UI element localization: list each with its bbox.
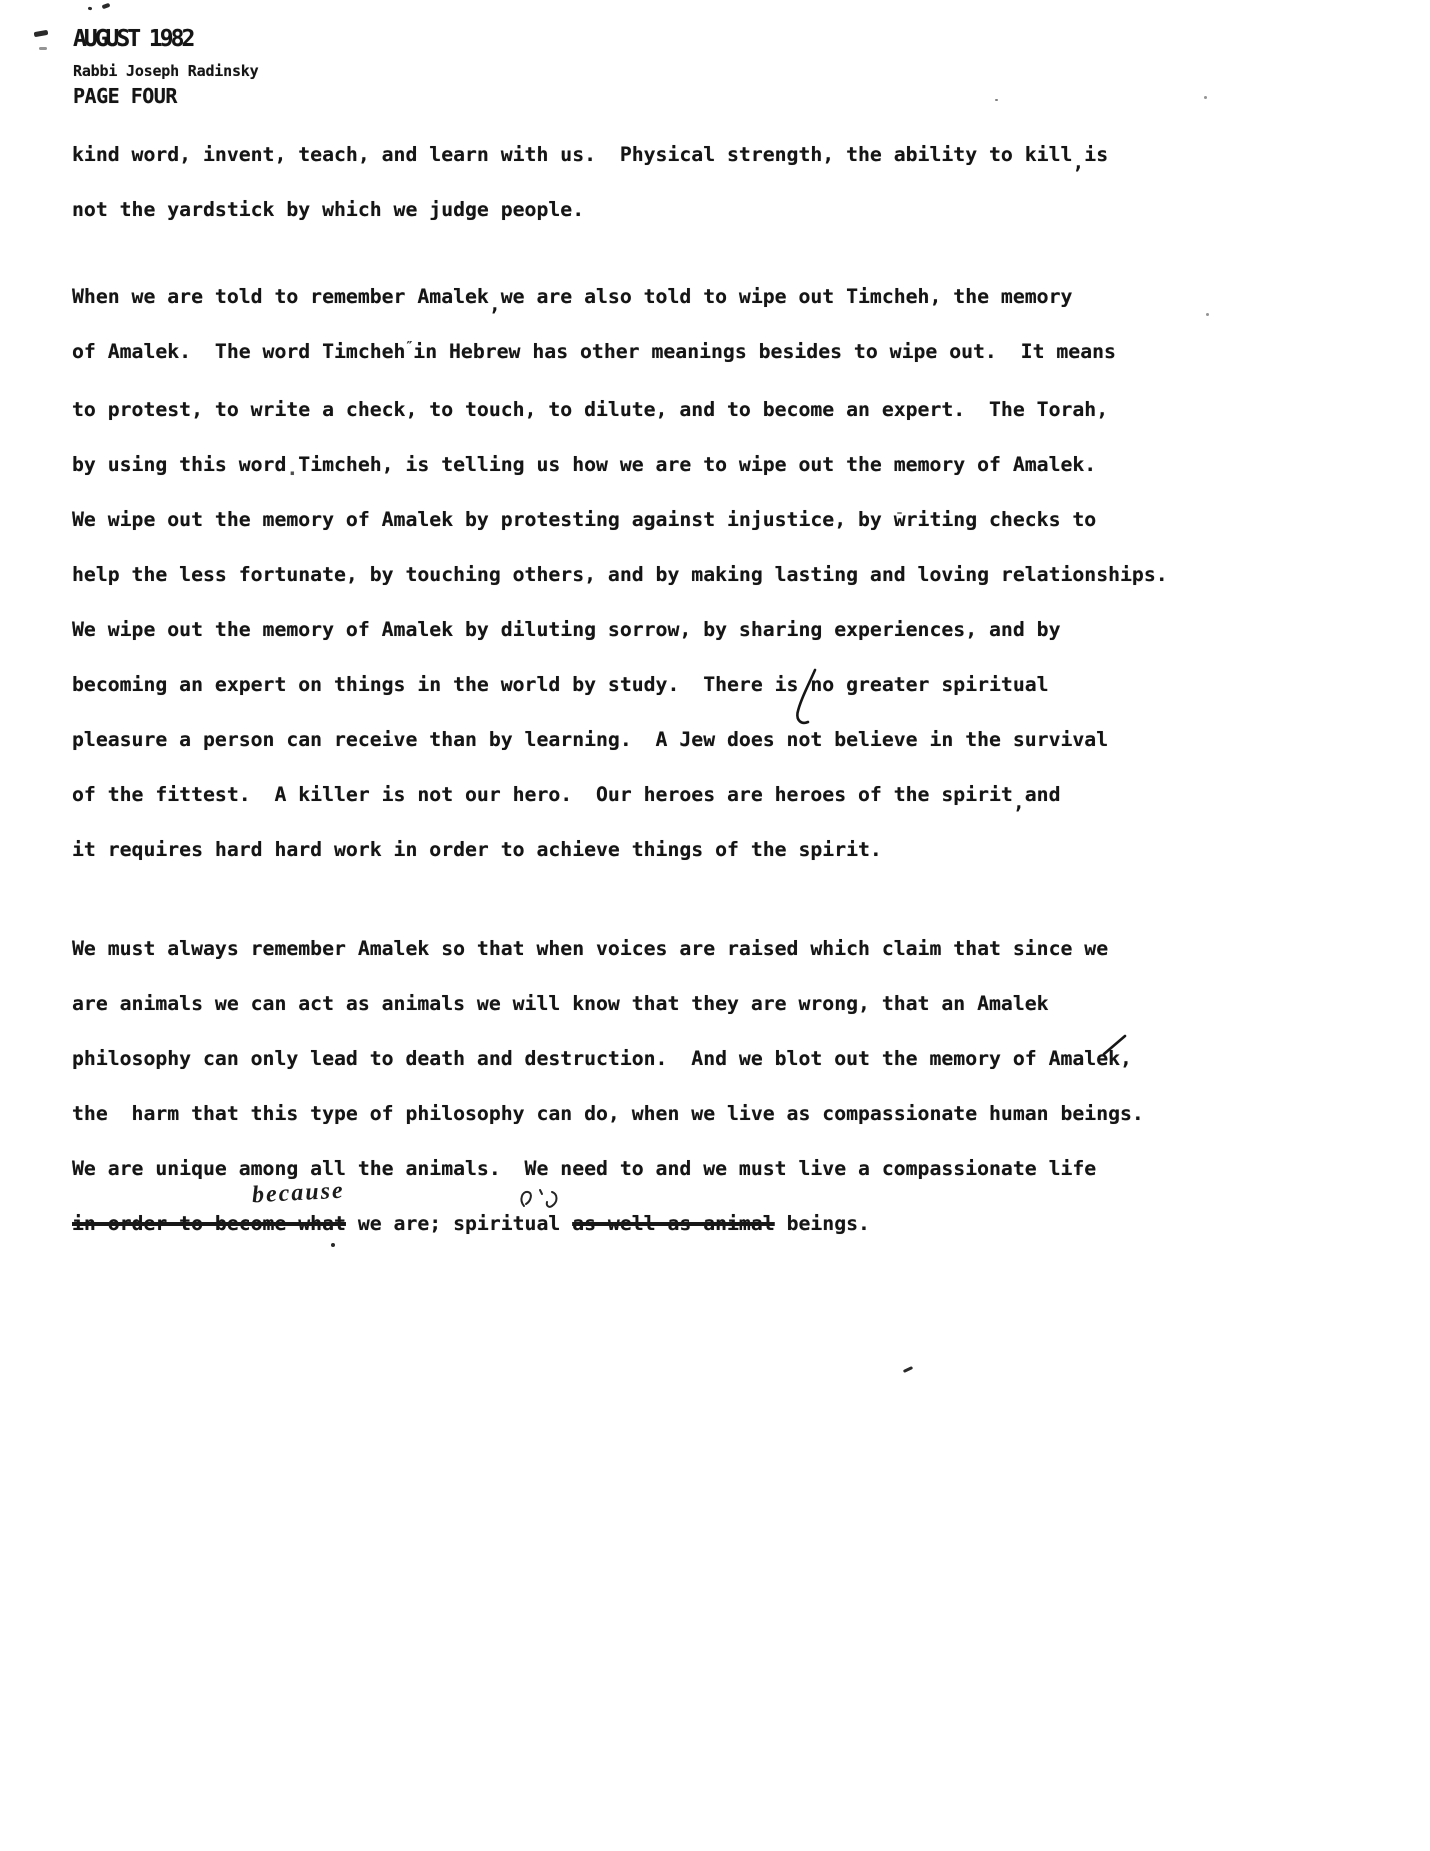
text-segment: we are also told to wipe out Timcheh, th… bbox=[501, 285, 1073, 308]
handwritten-word-because: because bbox=[251, 1178, 345, 1210]
header-page-number: PAGE FOUR bbox=[73, 84, 258, 108]
handwritten-comma: , bbox=[1072, 135, 1084, 190]
pen-mark bbox=[903, 1366, 913, 1373]
struck-letter-wrap: k bbox=[1108, 1031, 1120, 1086]
ink-smudge bbox=[1204, 96, 1207, 99]
paragraph-2: When we are told to remember Amalek,we a… bbox=[72, 269, 1252, 877]
document-body: kind word, invent, teach, and learn with… bbox=[72, 127, 1252, 1251]
stray-period-mark: . bbox=[286, 441, 298, 496]
text-line: kind word, invent, teach, and learn with… bbox=[72, 127, 1252, 182]
handwritten-scribble bbox=[516, 1184, 568, 1218]
text-segment: of Amalek. The word Timcheh bbox=[72, 340, 405, 363]
text-line: of the fittest. A killer is not our hero… bbox=[72, 767, 1252, 822]
struck-text: as well as animal bbox=[572, 1212, 774, 1235]
text-segment: When we are told to remember Amalek bbox=[72, 285, 489, 308]
header-date: AUGUST 1982 bbox=[73, 24, 258, 54]
struck-text: in order to become what bbox=[72, 1212, 346, 1235]
ink-smudge bbox=[102, 3, 111, 9]
text-segment: becoming an expert on things in the worl… bbox=[72, 673, 798, 696]
document-page: AUGUST 1982 Rabbi Joseph Radinsky PAGE F… bbox=[0, 0, 1430, 1851]
ink-smudge bbox=[39, 47, 47, 50]
handwritten-comma: , bbox=[1013, 775, 1025, 830]
text-line: by using this word.Timcheh, is telling u… bbox=[72, 437, 1252, 492]
scribble-strokes bbox=[516, 1184, 568, 1214]
handwritten-tick: ″ bbox=[405, 320, 413, 375]
text-segment: Timcheh, is telling us how we are to wip… bbox=[298, 453, 1096, 476]
text-line: When we are told to remember Amalek,we a… bbox=[72, 269, 1252, 324]
text-line: of Amalek. The word Timcheh″in Hebrew ha… bbox=[72, 324, 1252, 382]
slash-stroke bbox=[791, 668, 821, 730]
header-author: Rabbi Joseph Radinsky bbox=[73, 58, 258, 84]
text-line: We must always remember Amalek so that w… bbox=[72, 921, 1252, 976]
text-segment: kind word, invent, teach, and learn with… bbox=[72, 143, 1072, 166]
text-segment: is bbox=[1084, 143, 1108, 166]
text-line: the harm that this type of philosophy ca… bbox=[72, 1086, 1252, 1141]
page-header: AUGUST 1982 Rabbi Joseph Radinsky PAGE F… bbox=[73, 24, 258, 108]
text-line: philosophy can only lead to death and de… bbox=[72, 1031, 1252, 1086]
text-line: to protest, to write a check, to touch, … bbox=[72, 382, 1252, 437]
text-line: We are unique among all the animals. We … bbox=[72, 1141, 1252, 1196]
text-line: not the yardstick by which we judge peop… bbox=[72, 182, 1252, 237]
text-line: We wipe out the memory of Amalek by prot… bbox=[72, 492, 1252, 547]
text-segment: beings. bbox=[775, 1212, 870, 1235]
ink-smudge bbox=[88, 7, 93, 11]
ink-smudge bbox=[34, 30, 49, 37]
paragraph-3: We must always remember Amalek so that w… bbox=[72, 921, 1252, 1251]
text-line: becoming an expert on things in the worl… bbox=[72, 657, 1252, 712]
text-segment: of the fittest. A killer is not our hero… bbox=[72, 783, 1013, 806]
ink-smudge bbox=[995, 99, 998, 101]
text-segment: by using this word bbox=[72, 453, 286, 476]
text-line: We wipe out the memory of Amalek by dilu… bbox=[72, 602, 1252, 657]
text-line: in order to become what we are; spiritua… bbox=[72, 1196, 1252, 1251]
text-segment: in Hebrew has other meanings besides to … bbox=[413, 340, 1116, 363]
text-segment: and bbox=[1025, 783, 1061, 806]
text-line: pleasure a person can receive than by le… bbox=[72, 712, 1252, 767]
text-line: help the less fortunate, by touching oth… bbox=[72, 547, 1252, 602]
handwritten-comma: , bbox=[489, 277, 501, 332]
text-line: are animals we can act as animals we wil… bbox=[72, 976, 1252, 1031]
paragraph-1: kind word, invent, teach, and learn with… bbox=[72, 127, 1252, 237]
pen-strike-stroke bbox=[1105, 1039, 1127, 1061]
text-segment: no greater spiritual bbox=[810, 673, 1048, 696]
text-line: it requires hard hard work in order to a… bbox=[72, 822, 1252, 877]
text-segment: philosophy can only lead to death and de… bbox=[72, 1047, 1108, 1070]
